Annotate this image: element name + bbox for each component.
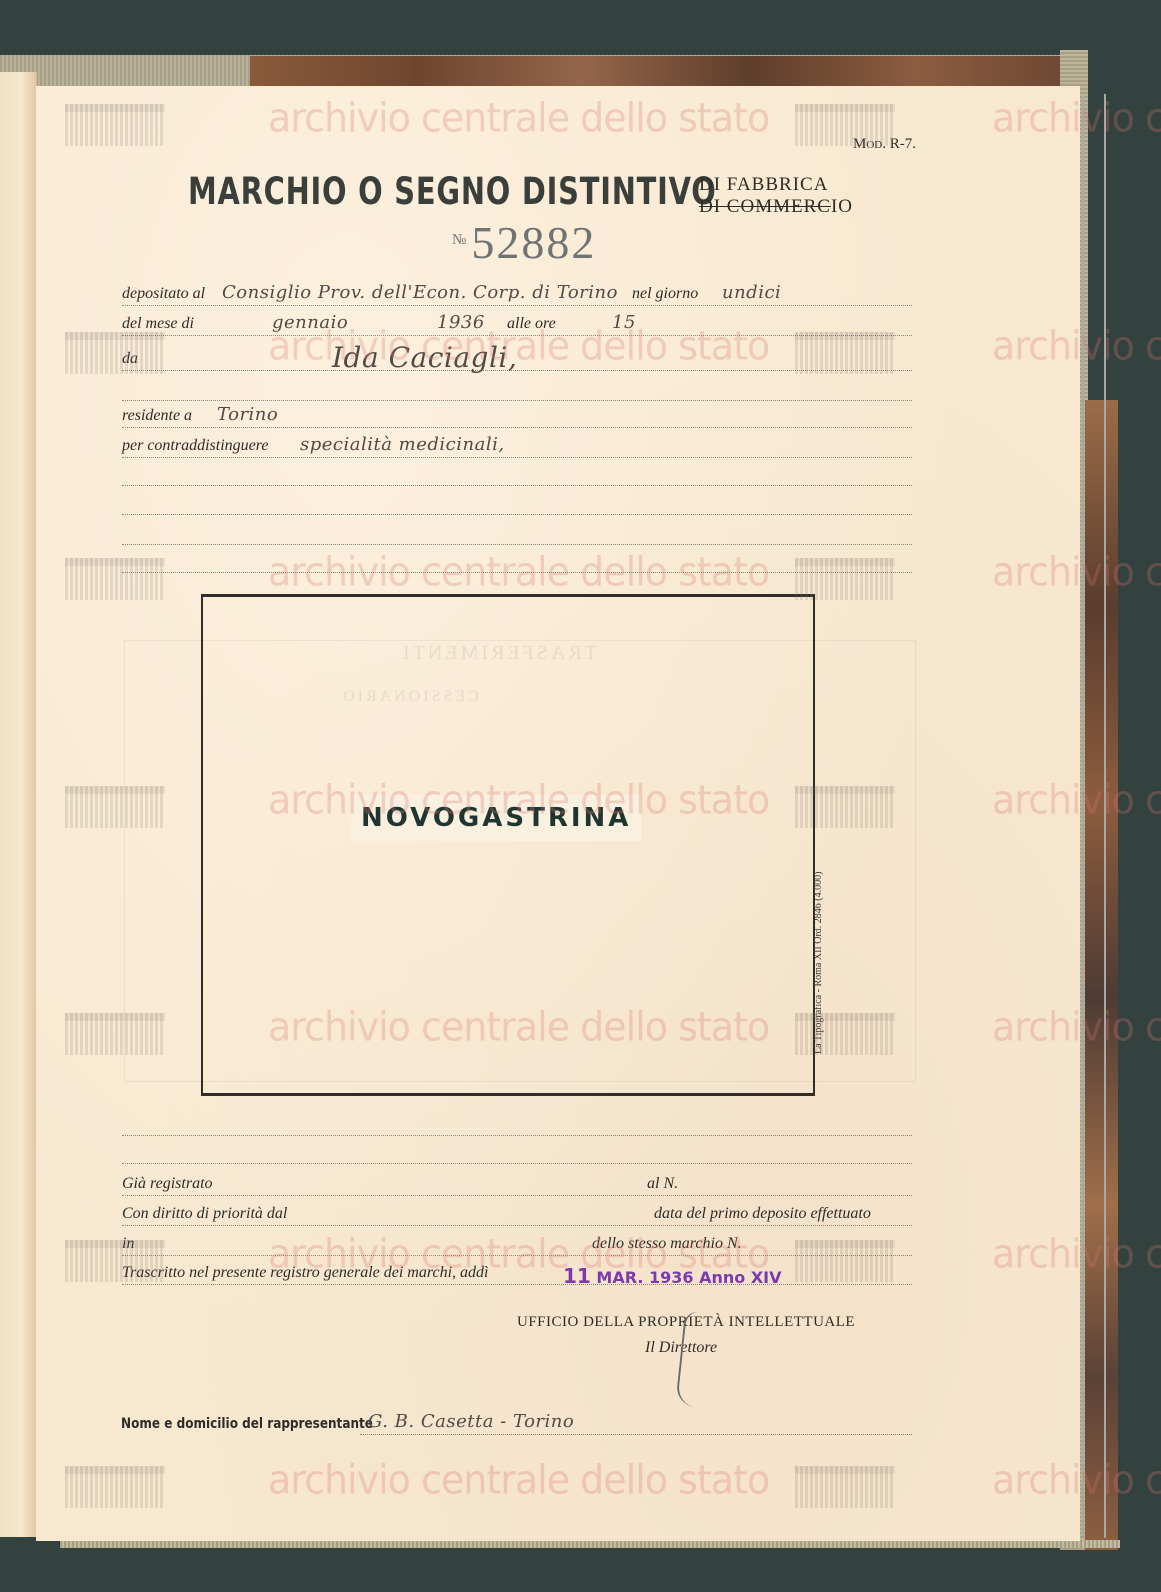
field-row-gia-registrato: Già registrato al N. bbox=[122, 1165, 912, 1196]
in-label: in bbox=[122, 1235, 134, 1253]
title-type-options: DI FABBRICA DI COMMERCIO bbox=[699, 174, 853, 218]
da-label: da bbox=[122, 350, 138, 368]
trademark-box: NOVOGASTRINA bbox=[201, 594, 815, 1096]
representative-label: Nome e domicilio del rappresentante bbox=[121, 1416, 373, 1432]
registration-date-stamp: 11 MAR. 1936 Anno XIV bbox=[563, 1264, 782, 1288]
field-row-da: da Ida Caciagli, bbox=[122, 340, 912, 371]
stamp-date: MAR. 1936 Anno XIV bbox=[596, 1268, 781, 1287]
depositato-value: Consiglio Prov. dell'Econ. Corp. di Tori… bbox=[222, 282, 618, 303]
residente-value: Torino bbox=[217, 404, 278, 425]
giorno-label: nel giorno bbox=[632, 285, 698, 303]
gia-registrato-label: Già registrato bbox=[122, 1175, 213, 1193]
type-commercio-struck: DI COMMERC bbox=[699, 196, 831, 217]
field-row-depositato: depositato al Consiglio Prov. dell'Econ.… bbox=[122, 275, 912, 306]
binding-marble-top bbox=[250, 56, 1085, 86]
field-row-contraddistinguere: per contraddistinguere specialità medici… bbox=[122, 427, 912, 458]
printer-imprint: La Tipografica - Roma XII Ord. 2846 (4.0… bbox=[813, 872, 824, 1054]
type-commercio-suffix: IO bbox=[831, 196, 853, 217]
field-row-blank bbox=[122, 514, 912, 545]
anno-value: 1936 bbox=[437, 312, 485, 333]
field-row-blank bbox=[122, 455, 912, 486]
primo-deposito-label: data del primo deposito effettuato bbox=[654, 1205, 871, 1223]
type-fabbrica: DI FABBRICA bbox=[699, 174, 853, 196]
field-row-in: in dello stesso marchio N. bbox=[122, 1225, 912, 1256]
representative-field: G. B. Casetta - Torino bbox=[360, 1408, 912, 1435]
number-value: 52882 bbox=[471, 217, 596, 268]
ore-label: alle ore bbox=[507, 315, 556, 333]
residente-label: residente a bbox=[122, 407, 192, 425]
mese-label: del mese di bbox=[122, 315, 194, 333]
trascritto-label: Trascritto nel presente registro general… bbox=[122, 1264, 488, 1282]
page-border-rule bbox=[1104, 94, 1106, 1538]
field-row-priorita: Con diritto di priorità dal data del pri… bbox=[122, 1195, 912, 1226]
document-title: MARCHIO O SEGNO DISTINTIVO bbox=[188, 170, 717, 213]
field-row-trascritto: Trascritto nel presente registro general… bbox=[122, 1254, 912, 1285]
field-row-blank bbox=[122, 542, 912, 573]
giorno-value: undici bbox=[722, 282, 781, 303]
field-row-blank bbox=[122, 1105, 912, 1136]
field-row-blank bbox=[122, 1133, 912, 1164]
field-row-blank bbox=[122, 484, 912, 515]
contraddistinguere-value: specialità medicinali, bbox=[300, 434, 505, 455]
binding-marble-right bbox=[1085, 400, 1118, 1550]
al-n-label: al N. bbox=[647, 1175, 678, 1193]
binding-cloth-bottom bbox=[60, 1540, 1120, 1548]
priorita-label: Con diritto di priorità dal bbox=[122, 1205, 287, 1223]
field-row-residente: residente a Torino bbox=[122, 397, 912, 428]
trademark-text: NOVOGASTRINA bbox=[351, 795, 641, 841]
depositato-label: depositato al bbox=[122, 285, 205, 303]
type-commercio: DI COMMERCIO bbox=[699, 196, 853, 218]
mese-value: gennaio bbox=[272, 312, 348, 333]
number-sign: № bbox=[452, 232, 468, 248]
representative-value: G. B. Casetta - Torino bbox=[368, 1411, 574, 1432]
stamp-day: 11 bbox=[563, 1264, 591, 1288]
field-row-mese: del mese di gennaio 1936 alle ore 15 bbox=[122, 305, 912, 336]
model-code: Mod. R-7. bbox=[853, 136, 916, 153]
page-border-rule bbox=[1082, 96, 1084, 1536]
registration-number: №52882 bbox=[452, 216, 596, 269]
left-page-edges bbox=[0, 72, 37, 1537]
stesso-marchio-label: dello stesso marchio N. bbox=[592, 1235, 742, 1253]
ore-value: 15 bbox=[612, 312, 636, 333]
contraddistinguere-label: per contraddistinguere bbox=[122, 437, 269, 455]
